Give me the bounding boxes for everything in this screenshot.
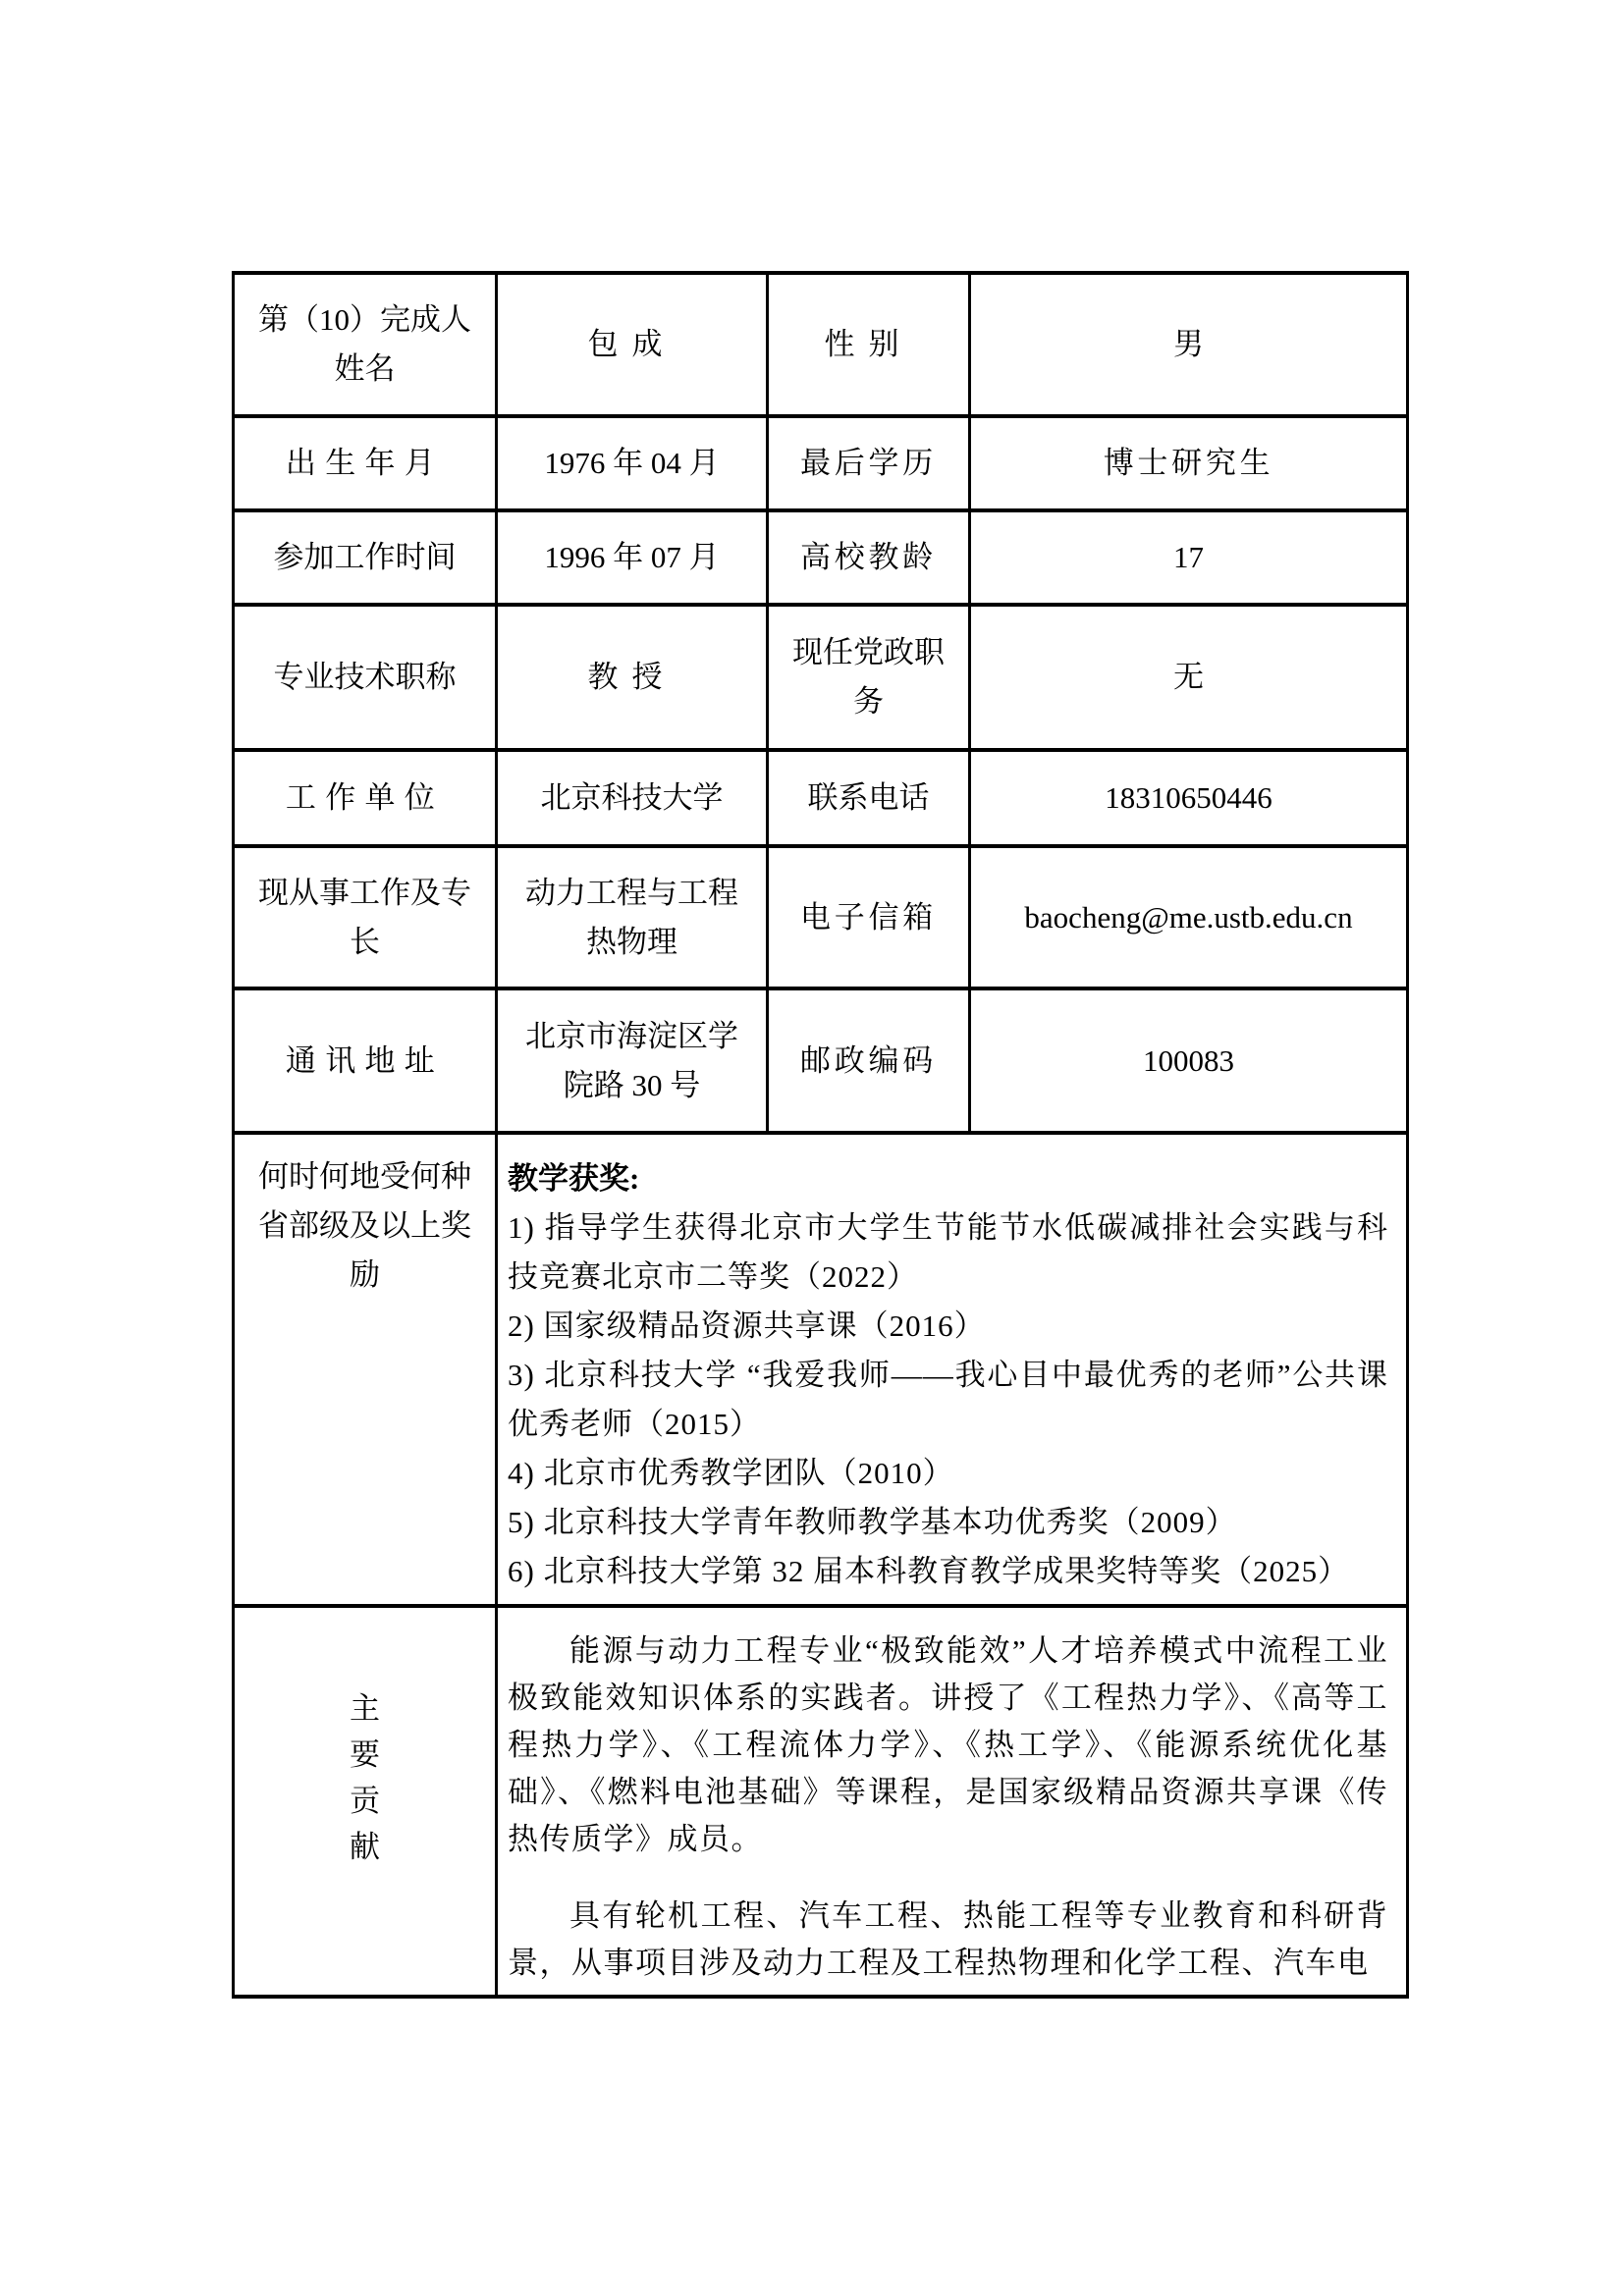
row-address-postcode: 通讯地址 北京市海淀区学 院路 30 号 邮政编码 100083 [234, 988, 1408, 1133]
label-party-post: 现任党政职 务 [768, 605, 970, 750]
awards-list: 1) 指导学生获得北京市大学生节能节水低碳减排社会实践与科技竞赛北京市二等奖（2… [508, 1203, 1388, 1596]
value-teaching-years: 17 [970, 510, 1408, 605]
value-postcode: 100083 [970, 988, 1408, 1133]
label-completer-name: 第（10）完成人 姓名 [234, 273, 497, 416]
row-awards: 何时何地受何种 省部级及以上奖 励 教学获奖: 1) 指导学生获得北京市大学生节… [234, 1133, 1408, 1606]
value-current-specialty: 动力工程与工程 热物理 [497, 846, 768, 988]
label-main-contribution: 主 要 贡 献 [234, 1606, 497, 1997]
value-party-post: 无 [970, 605, 1408, 750]
row-workstart-teachyears: 参加工作时间 1996 年 07 月 高校教龄 17 [234, 510, 1408, 605]
row-employer-phone: 工作单位 北京科技大学 联系电话 18310650446 [234, 750, 1408, 846]
label-employer: 工作单位 [234, 750, 497, 846]
row-name-gender: 第（10）完成人 姓名 包成 性别 男 [234, 273, 1408, 416]
value-mail-address: 北京市海淀区学 院路 30 号 [497, 988, 768, 1133]
row-title-party-post: 专业技术职称 教授 现任党政职 务 无 [234, 605, 1408, 750]
value-employer: 北京科技大学 [497, 750, 768, 846]
label-professional-title: 专业技术职称 [234, 605, 497, 750]
value-professional-title: 教授 [497, 605, 768, 750]
label-teaching-years: 高校教龄 [768, 510, 970, 605]
value-completer-name: 包成 [497, 273, 768, 416]
label-phone: 联系电话 [768, 750, 970, 846]
label-gender: 性别 [768, 273, 970, 416]
label-birth-date: 出生年月 [234, 416, 497, 510]
value-last-degree: 博士研究生 [970, 416, 1408, 510]
row-main-contribution: 主 要 贡 献 能源与动力工程专业“极致能效”人才培养模式中流程工业极致能效知识… [234, 1606, 1408, 1997]
row-birth-degree: 出生年月 1976 年 04 月 最后学历 博士研究生 [234, 416, 1408, 510]
label-email: 电子信箱 [768, 846, 970, 988]
value-email: baocheng@me.ustb.edu.cn [970, 846, 1408, 988]
awards-heading: 教学获奖: [508, 1154, 1388, 1203]
contribution-paragraph-1: 能源与动力工程专业“极致能效”人才培养模式中流程工业极致能效知识体系的实践者。讲… [508, 1628, 1388, 1863]
value-work-start: 1996 年 07 月 [497, 510, 768, 605]
value-birth-date: 1976 年 04 月 [497, 416, 768, 510]
label-work-start: 参加工作时间 [234, 510, 497, 605]
label-last-degree: 最后学历 [768, 416, 970, 510]
label-awards: 何时何地受何种 省部级及以上奖 励 [234, 1133, 497, 1606]
label-mail-address: 通讯地址 [234, 988, 497, 1133]
value-phone: 18310650446 [970, 750, 1408, 846]
completer-info-table: 第（10）完成人 姓名 包成 性别 男 出生年月 1976 年 04 月 最后学… [232, 271, 1409, 1999]
label-postcode: 邮政编码 [768, 988, 970, 1133]
label-current-specialty: 现从事工作及专 长 [234, 846, 497, 988]
row-specialty-email: 现从事工作及专 长 动力工程与工程 热物理 电子信箱 baocheng@me.u… [234, 846, 1408, 988]
main-contribution-content: 能源与动力工程专业“极致能效”人才培养模式中流程工业极致能效知识体系的实践者。讲… [497, 1606, 1408, 1997]
value-gender: 男 [970, 273, 1408, 416]
awards-content: 教学获奖: 1) 指导学生获得北京市大学生节能节水低碳减排社会实践与科技竞赛北京… [497, 1133, 1408, 1606]
document-page: 第（10）完成人 姓名 包成 性别 男 出生年月 1976 年 04 月 最后学… [0, 0, 1624, 2296]
contribution-paragraph-2: 具有轮机工程、汽车工程、热能工程等专业教育和科研背景，从事项目涉及动力工程及工程… [508, 1893, 1388, 1987]
